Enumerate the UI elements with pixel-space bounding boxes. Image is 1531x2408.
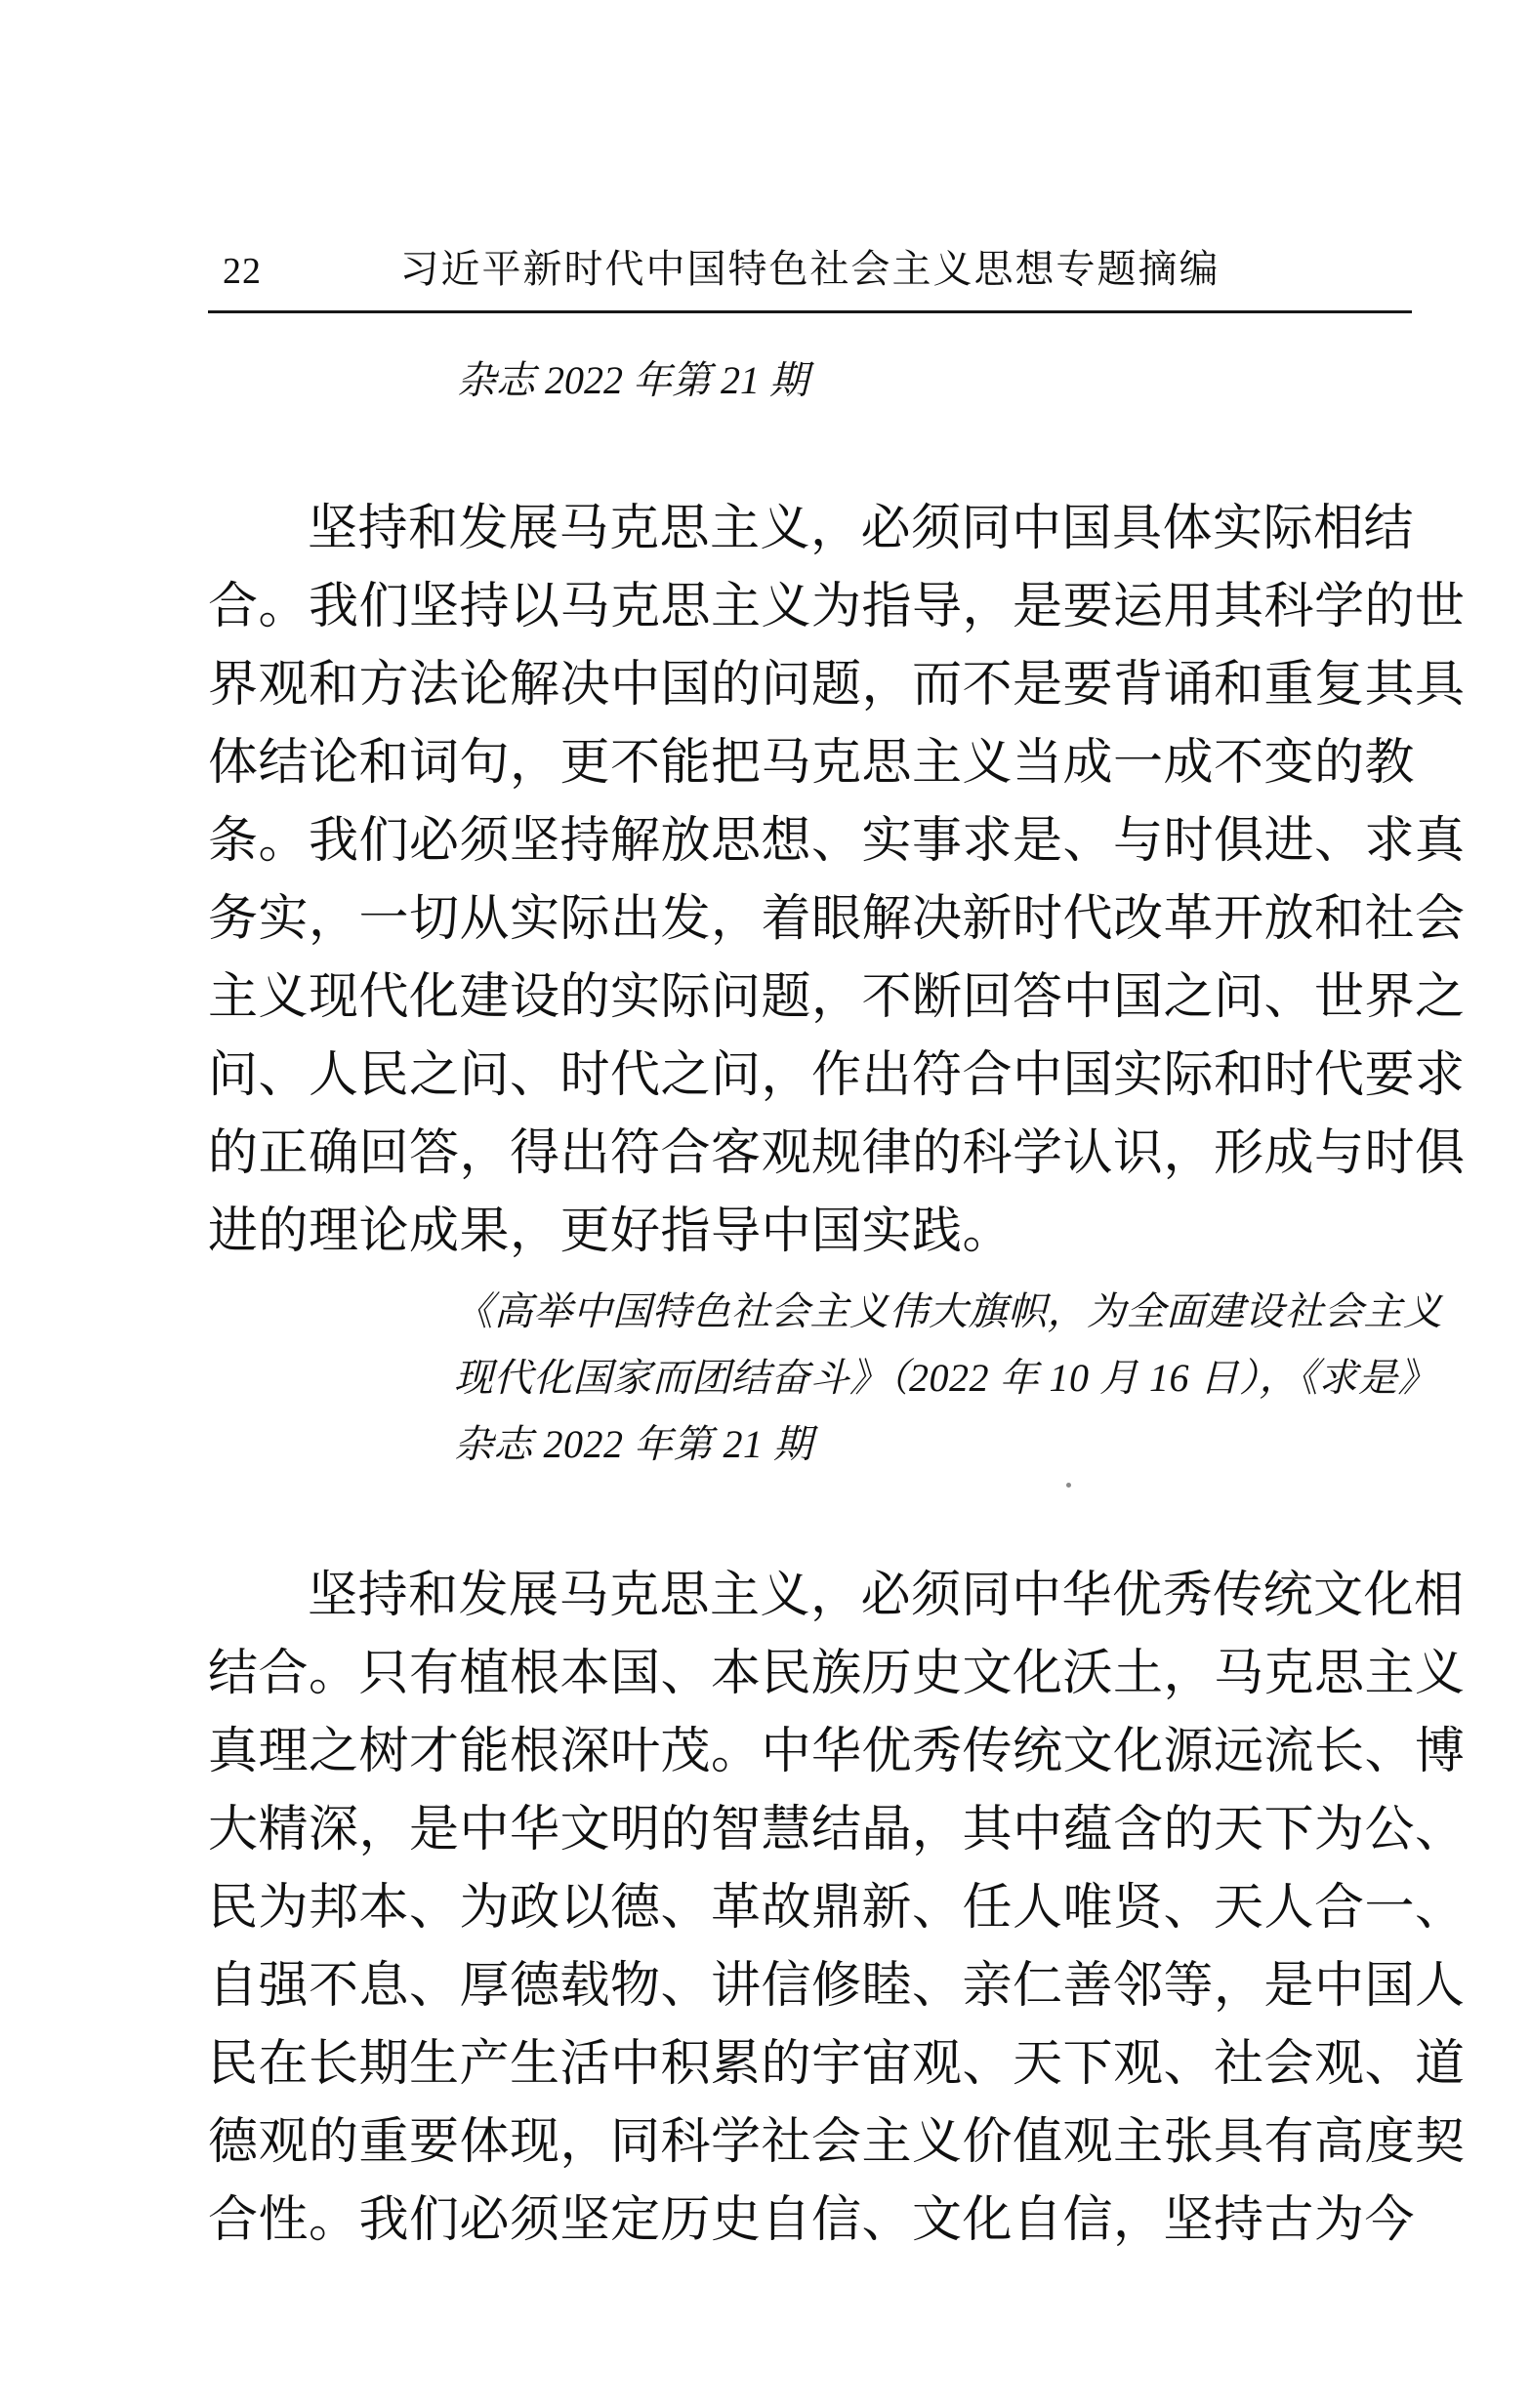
text-line: 合。我们坚持以马克思主义为指导，是要运用其科学的世 [208, 568, 1412, 646]
citation-continuation: 杂志 2022 年第 21 期 [457, 353, 808, 408]
text-line: 大精深，是中华文明的智慧结晶，其中蕴含的天下为公、 [208, 1791, 1412, 1869]
text-line: 民在长期生产生活中积累的宇宙观、天下观、社会观、道 [208, 2025, 1412, 2103]
text-line: 体结论和词句，更不能把马克思主义当成一成不变的教 [208, 724, 1412, 802]
text-line: 务实，一切从实际出发，着眼解决新时代改革开放和社会 [208, 880, 1412, 959]
text-line: 真理之树才能根深叶茂。中华优秀传统文化源远流长、博 [208, 1713, 1412, 1791]
text-line: 的正确回答，得出符合客观规律的科学认识，形成与时俱 [208, 1115, 1412, 1193]
header-divider-rule [208, 310, 1412, 313]
source-citation: 《高举中国特色社会主义伟大旗帜，为全面建设社会主义现代化国家而团结奋斗》（202… [454, 1279, 1443, 1478]
text-line: 界观和方法论解决中国的问题，而不是要背诵和重复其具 [208, 646, 1412, 724]
paragraph-2: 坚持和发展马克思主义，必须同中华优秀传统文化相结合。只有植根本国、本民族历史文化… [208, 1557, 1412, 2260]
text-line: 合性。我们必须坚定历史自信、文化自信，坚持古为今 [208, 2182, 1412, 2260]
text-line: 进的理论成果，更好指导中国实践。 [208, 1193, 1412, 1271]
paragraph-1: 坚持和发展马克思主义，必须同中国具体实际相结合。我们坚持以马克思主义为指导，是要… [208, 490, 1412, 1271]
text-line: 现代化国家而团结奋斗》（2022 年 10 月 16 日），《求是》 [454, 1345, 1443, 1411]
text-line: 问、人民之问、时代之问，作出符合中国实际和时代要求 [208, 1037, 1412, 1115]
text-line: 自强不息、厚德载物、讲信修睦、亲仁善邻等，是中国人 [208, 1947, 1412, 2025]
text-line: 坚持和发展马克思主义，必须同中国具体实际相结 [208, 490, 1412, 568]
scan-artifact-dot [1066, 1483, 1071, 1488]
text-line: 民为邦本、为政以德、革故鼎新、任人唯贤、天人合一、 [208, 1869, 1412, 1947]
text-line: 结合。只有植根本国、本民族历史文化沃土，马克思主义 [208, 1635, 1412, 1713]
running-header-title: 习近平新时代中国特色社会主义思想专题摘编 [208, 246, 1412, 293]
text-line: 主义现代化建设的实际问题，不断回答中国之问、世界之 [208, 959, 1412, 1037]
text-line: 杂志 2022 年第 21 期 [454, 1411, 1443, 1478]
text-line: 坚持和发展马克思主义，必须同中华优秀传统文化相 [208, 1557, 1412, 1635]
text-line: 《高举中国特色社会主义伟大旗帜，为全面建设社会主义 [454, 1279, 1443, 1345]
text-line: 条。我们必须坚持解放思想、实事求是、与时俱进、求真 [208, 802, 1412, 880]
book-page: 22 习近平新时代中国特色社会主义思想专题摘编 杂志 2022 年第 21 期 … [0, 0, 1531, 2408]
text-line: 德观的重要体现，同科学社会主义价值观主张具有高度契 [208, 2103, 1412, 2182]
